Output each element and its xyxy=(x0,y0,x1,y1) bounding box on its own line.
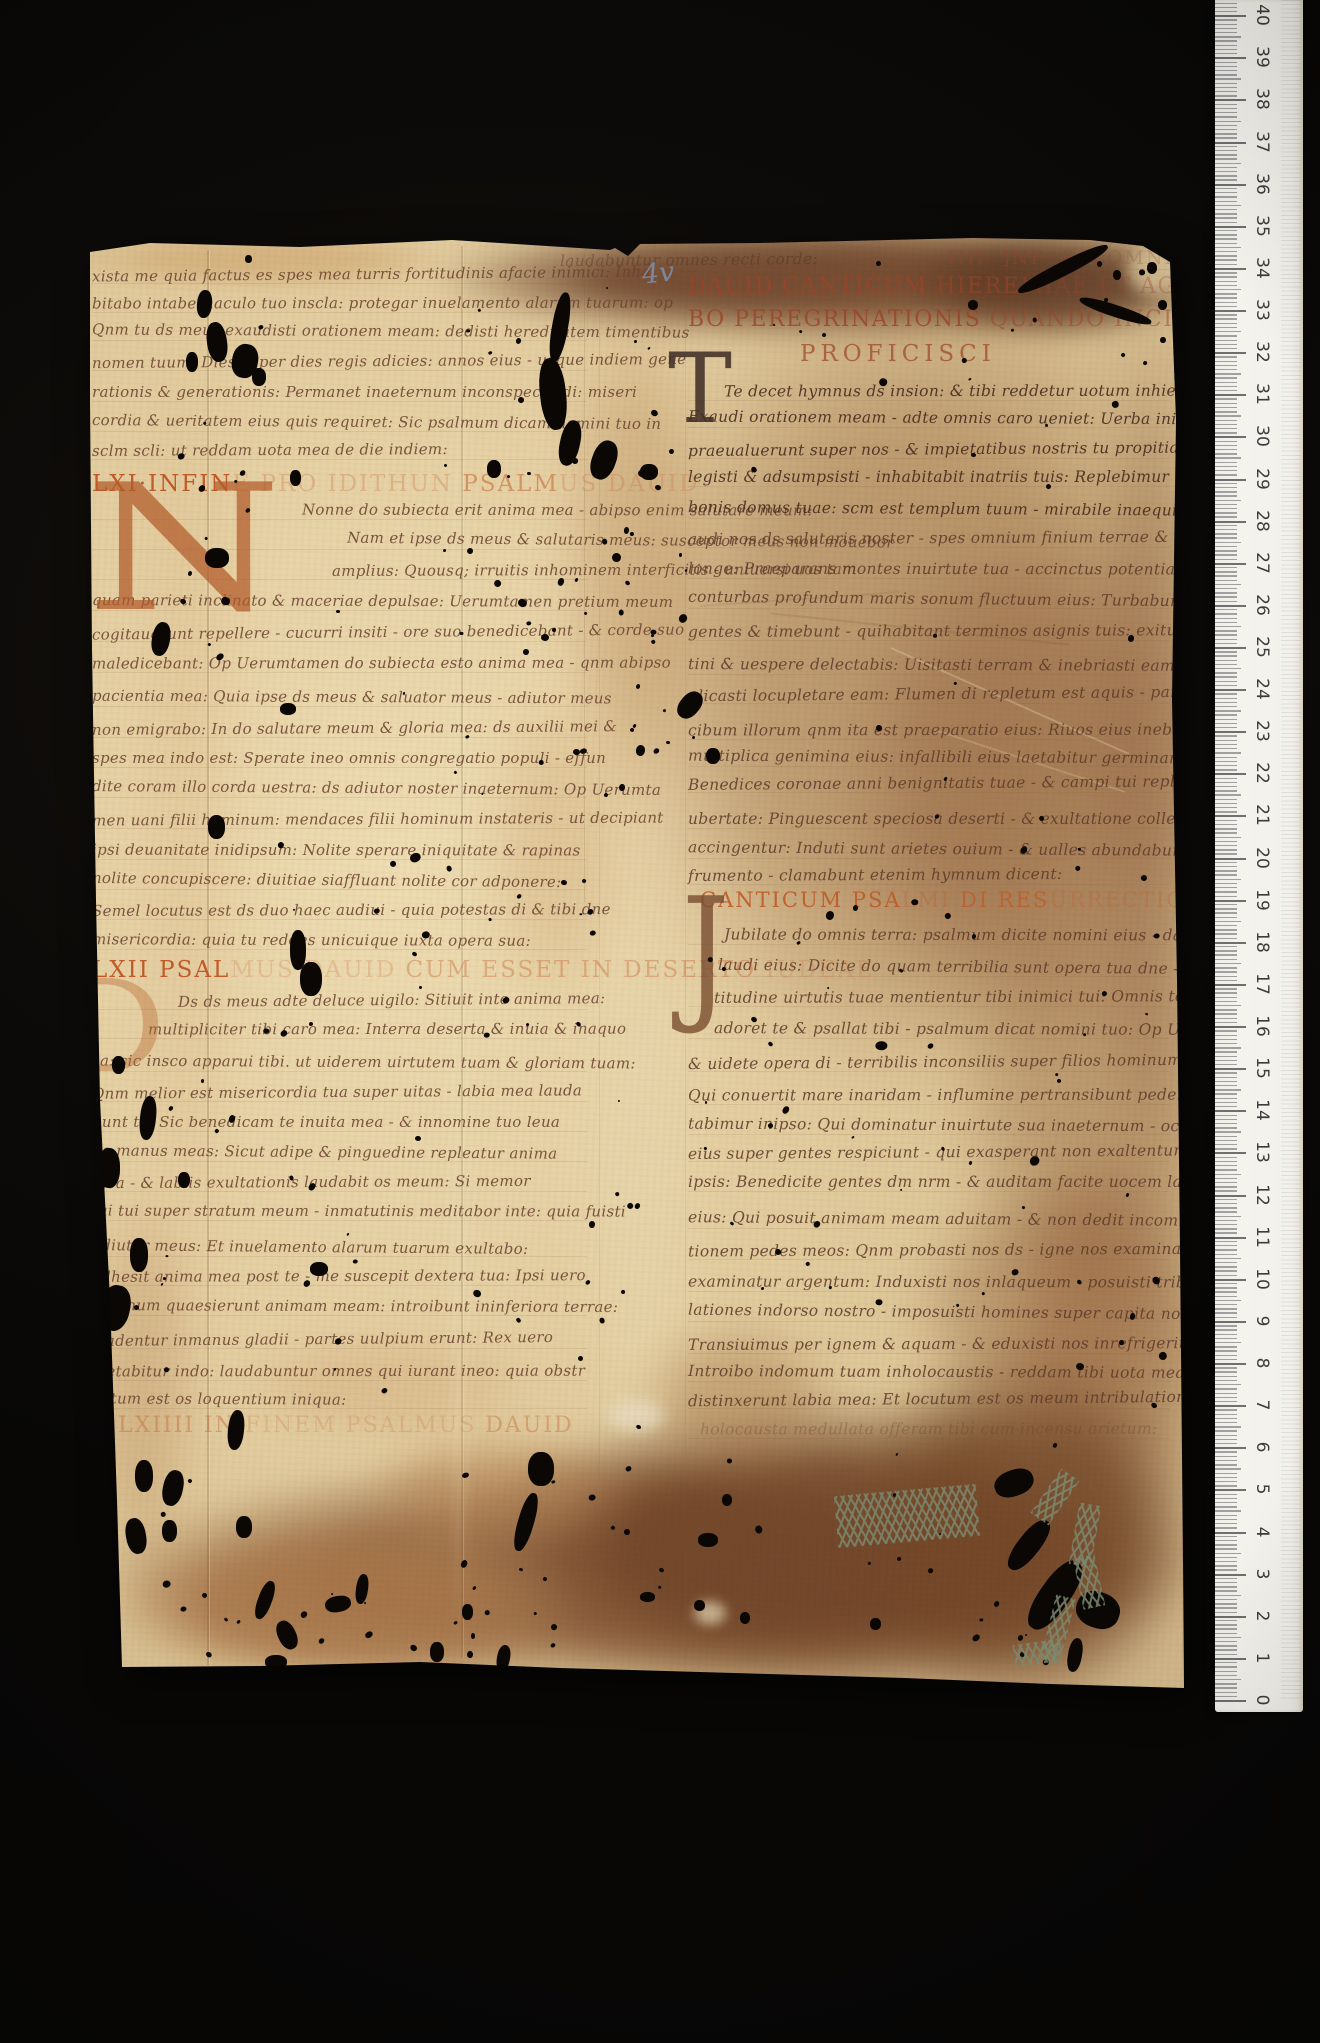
mm-tick xyxy=(1215,403,1237,404)
mm-tick xyxy=(1215,1178,1237,1179)
mm-tick xyxy=(1215,807,1237,808)
mm-tick xyxy=(1215,209,1237,210)
ruler-number: 16 xyxy=(1251,1013,1273,1039)
mm-tick xyxy=(1215,1342,1241,1343)
mm-tick xyxy=(1215,1035,1237,1036)
mm-tick xyxy=(1215,1001,1237,1002)
mm-tick xyxy=(1215,954,1237,955)
mm-tick xyxy=(1215,980,1237,981)
ruler-number: 5 xyxy=(1251,1476,1273,1502)
mm-tick xyxy=(1215,710,1241,711)
mm-tick xyxy=(1215,1359,1237,1360)
mm-tick xyxy=(1215,83,1237,84)
cm-tick xyxy=(1215,647,1246,649)
mm-tick xyxy=(1215,1603,1237,1604)
mm-tick xyxy=(1215,706,1237,707)
mm-tick xyxy=(1215,192,1237,193)
ruler-number: 34 xyxy=(1251,255,1273,281)
mm-tick xyxy=(1215,845,1237,846)
mm-tick xyxy=(1215,420,1237,421)
mm-tick xyxy=(1215,1291,1237,1292)
mm-tick xyxy=(1215,1262,1237,1263)
cm-tick xyxy=(1215,689,1246,691)
mm-tick xyxy=(1215,1030,1237,1031)
mm-tick xyxy=(1215,1254,1237,1255)
cm-tick xyxy=(1215,310,1246,312)
mm-tick xyxy=(1215,883,1237,884)
mm-tick xyxy=(1215,1005,1241,1006)
mm-tick xyxy=(1215,1376,1237,1377)
mm-tick xyxy=(1215,1325,1237,1326)
cm-tick xyxy=(1215,479,1246,481)
mm-tick xyxy=(1215,1296,1237,1297)
mm-tick xyxy=(1215,1127,1237,1128)
mm-tick xyxy=(1215,470,1237,471)
mm-tick xyxy=(1215,1645,1237,1646)
mm-tick xyxy=(1215,382,1237,383)
mm-tick xyxy=(1215,567,1237,568)
mm-tick xyxy=(1215,1671,1237,1672)
mm-tick xyxy=(1215,264,1237,265)
mm-tick xyxy=(1215,1157,1237,1158)
mm-tick xyxy=(1215,1473,1237,1474)
mm-tick xyxy=(1215,348,1237,349)
mm-tick xyxy=(1215,453,1237,454)
mm-tick xyxy=(1215,1123,1237,1124)
mm-tick xyxy=(1215,866,1237,867)
cm-tick xyxy=(1215,563,1246,565)
ruler-number: 4 xyxy=(1251,1519,1273,1545)
ruler-number: 21 xyxy=(1251,802,1273,828)
mm-tick xyxy=(1215,234,1237,235)
mm-tick xyxy=(1215,1013,1237,1014)
mm-tick xyxy=(1215,24,1237,25)
cm-tick xyxy=(1215,268,1246,270)
mm-tick xyxy=(1215,158,1237,159)
cm-tick xyxy=(1215,1279,1246,1281)
mm-tick xyxy=(1215,1544,1237,1545)
mm-tick xyxy=(1215,1144,1237,1145)
ruler-number: 31 xyxy=(1251,381,1273,407)
mm-tick xyxy=(1215,407,1237,408)
mm-tick xyxy=(1215,1485,1237,1486)
mm-tick xyxy=(1215,622,1237,623)
mm-tick xyxy=(1215,1388,1237,1389)
mm-tick xyxy=(1215,377,1237,378)
mm-tick xyxy=(1215,554,1237,555)
mm-tick xyxy=(1215,441,1237,442)
mm-tick xyxy=(1215,53,1237,54)
mm-tick xyxy=(1215,62,1237,63)
mm-tick xyxy=(1215,685,1237,686)
mm-tick xyxy=(1215,289,1241,290)
mm-tick xyxy=(1215,1367,1237,1368)
mm-tick xyxy=(1215,36,1241,37)
mm-tick xyxy=(1215,491,1237,492)
mm-tick xyxy=(1215,365,1237,366)
ruler-number: 27 xyxy=(1251,550,1273,576)
mm-tick xyxy=(1215,1287,1237,1288)
mm-tick xyxy=(1215,917,1237,918)
mm-tick xyxy=(1215,681,1237,682)
mm-tick xyxy=(1215,1169,1237,1170)
mm-tick xyxy=(1215,824,1237,825)
mm-tick xyxy=(1215,1477,1237,1478)
cm-tick xyxy=(1215,1405,1246,1407)
mm-tick xyxy=(1215,91,1237,92)
mm-tick xyxy=(1215,1380,1237,1381)
mm-tick xyxy=(1215,1245,1237,1246)
cm-tick xyxy=(1215,984,1246,986)
mm-tick xyxy=(1215,483,1237,484)
mm-tick xyxy=(1215,1334,1237,1335)
cm-tick xyxy=(1215,1447,1246,1449)
mm-tick xyxy=(1215,634,1237,635)
mm-tick xyxy=(1215,1186,1237,1187)
mm-tick xyxy=(1215,1599,1237,1600)
mm-tick xyxy=(1215,1270,1237,1271)
mm-tick xyxy=(1215,761,1237,762)
mm-tick xyxy=(1215,672,1237,673)
mm-tick xyxy=(1215,853,1237,854)
mm-tick xyxy=(1215,1607,1237,1608)
mm-tick xyxy=(1215,415,1241,416)
mm-tick xyxy=(1215,1060,1237,1061)
mm-tick xyxy=(1215,466,1237,467)
mm-tick xyxy=(1215,1523,1237,1524)
mm-tick xyxy=(1215,1136,1237,1137)
mm-tick xyxy=(1215,116,1237,117)
mm-tick xyxy=(1215,1161,1237,1162)
mm-tick xyxy=(1215,1203,1237,1204)
mm-tick xyxy=(1215,1308,1237,1309)
mm-tick xyxy=(1215,529,1237,530)
mm-tick xyxy=(1215,1561,1237,1562)
mm-tick xyxy=(1215,512,1237,513)
mm-tick xyxy=(1215,1460,1237,1461)
cm-tick xyxy=(1215,1152,1246,1154)
mm-tick xyxy=(1215,3,1237,4)
mm-tick xyxy=(1215,596,1237,597)
cm-tick xyxy=(1215,57,1246,59)
cm-tick xyxy=(1215,1195,1246,1197)
mm-tick xyxy=(1215,655,1237,656)
cm-tick xyxy=(1215,1574,1246,1576)
mm-tick xyxy=(1215,790,1237,791)
mm-tick xyxy=(1215,1409,1237,1410)
mm-tick xyxy=(1215,306,1237,307)
ruler-number: 3 xyxy=(1251,1561,1273,1587)
mm-tick xyxy=(1215,1072,1237,1073)
mm-tick xyxy=(1215,1064,1237,1065)
cm-tick xyxy=(1215,1026,1246,1028)
mm-tick xyxy=(1215,1043,1237,1044)
mm-tick xyxy=(1215,163,1241,164)
cm-tick xyxy=(1215,521,1246,523)
ruler-number: 30 xyxy=(1251,423,1273,449)
mm-tick xyxy=(1215,87,1237,88)
mm-tick xyxy=(1215,1443,1237,1444)
mm-tick xyxy=(1215,963,1241,964)
mm-tick xyxy=(1215,1502,1237,1503)
mm-tick xyxy=(1215,698,1237,699)
mm-tick xyxy=(1215,179,1237,180)
mm-tick xyxy=(1215,1081,1237,1082)
mm-tick xyxy=(1215,1515,1237,1516)
mm-tick xyxy=(1215,432,1237,433)
mm-tick xyxy=(1215,1654,1237,1655)
cm-tick xyxy=(1215,99,1246,101)
mm-tick xyxy=(1215,618,1237,619)
mm-tick xyxy=(1215,398,1237,399)
mm-tick xyxy=(1215,1692,1237,1693)
mm-tick xyxy=(1215,1216,1241,1217)
mm-tick xyxy=(1215,1393,1237,1394)
cm-tick xyxy=(1215,394,1246,396)
mm-tick xyxy=(1215,702,1237,703)
mm-tick xyxy=(1215,373,1241,374)
cm-tick xyxy=(1215,1321,1246,1323)
mm-tick xyxy=(1215,1418,1237,1419)
folio-number-pencil: 4v xyxy=(640,256,676,290)
page-wrapper: xista me quia factus es spes mea turris … xyxy=(0,0,1320,2043)
repair-stitch-band xyxy=(834,1484,980,1548)
mm-tick xyxy=(1215,912,1237,913)
ruler-number: 14 xyxy=(1251,1097,1273,1123)
mm-tick xyxy=(1215,1649,1237,1650)
mm-tick xyxy=(1215,891,1237,892)
mm-tick xyxy=(1215,1662,1237,1663)
mm-tick xyxy=(1215,803,1237,804)
mm-tick xyxy=(1215,1355,1237,1356)
mm-tick xyxy=(1215,293,1237,294)
mm-tick xyxy=(1215,740,1237,741)
mm-tick xyxy=(1215,1401,1237,1402)
worm-hole xyxy=(109,1533,114,1538)
mm-tick xyxy=(1215,112,1237,113)
cm-tick xyxy=(1215,15,1246,17)
mm-tick xyxy=(1215,546,1237,547)
mm-tick xyxy=(1215,327,1237,328)
mm-tick xyxy=(1215,1384,1241,1385)
mm-tick xyxy=(1215,1228,1237,1229)
mm-tick xyxy=(1215,1266,1237,1267)
mm-tick xyxy=(1215,28,1237,29)
mm-tick xyxy=(1215,832,1237,833)
mm-tick xyxy=(1215,921,1241,922)
mm-tick xyxy=(1215,976,1237,977)
mm-tick xyxy=(1215,272,1237,273)
mm-tick xyxy=(1215,1569,1237,1570)
mm-tick xyxy=(1215,537,1237,538)
mm-tick xyxy=(1215,361,1237,362)
ruler-number: 36 xyxy=(1251,171,1273,197)
mm-tick xyxy=(1215,1304,1237,1305)
mm-tick xyxy=(1215,276,1237,277)
mm-tick xyxy=(1215,1329,1237,1330)
mm-tick xyxy=(1215,323,1237,324)
ruler-number: 1 xyxy=(1251,1645,1273,1671)
mm-tick xyxy=(1215,335,1237,336)
ruler-number: 33 xyxy=(1251,297,1273,323)
mm-tick xyxy=(1215,19,1237,20)
mm-tick xyxy=(1215,959,1237,960)
mm-tick xyxy=(1215,1283,1237,1284)
mm-tick xyxy=(1215,331,1241,332)
mm-tick xyxy=(1215,1093,1237,1094)
mm-tick xyxy=(1215,1165,1237,1166)
mm-tick xyxy=(1215,1430,1237,1431)
mm-tick xyxy=(1215,45,1237,46)
mm-tick xyxy=(1215,474,1237,475)
cm-tick xyxy=(1215,773,1246,775)
ruler-number: 23 xyxy=(1251,718,1273,744)
mm-tick xyxy=(1215,849,1237,850)
mm-tick xyxy=(1215,49,1237,50)
mm-tick xyxy=(1215,950,1237,951)
mm-tick xyxy=(1215,1089,1241,1090)
ruler-number: 19 xyxy=(1251,887,1273,913)
mm-tick xyxy=(1215,837,1241,838)
mm-tick xyxy=(1215,1018,1237,1019)
ruler-number: 18 xyxy=(1251,929,1273,955)
measuring-ruler: 0123456789101112131415161718192021222324… xyxy=(1215,0,1303,1712)
worm-hole xyxy=(112,1630,115,1633)
mm-tick xyxy=(1215,601,1237,602)
mm-tick xyxy=(1215,344,1237,345)
mm-tick xyxy=(1215,575,1237,576)
mm-tick xyxy=(1215,1519,1237,1520)
mm-tick xyxy=(1215,445,1237,446)
mm-tick xyxy=(1215,1115,1237,1116)
mm-tick xyxy=(1215,1350,1237,1351)
mm-tick xyxy=(1215,1641,1237,1642)
mm-tick xyxy=(1215,1451,1237,1452)
mm-tick xyxy=(1215,1224,1237,1225)
mm-tick xyxy=(1215,390,1237,391)
mm-tick xyxy=(1215,1426,1241,1427)
mm-tick xyxy=(1215,559,1237,560)
ruler-number: 6 xyxy=(1251,1434,1273,1460)
mm-tick xyxy=(1215,1047,1241,1048)
mm-tick xyxy=(1215,988,1237,989)
mm-tick xyxy=(1215,428,1237,429)
mm-tick xyxy=(1215,1675,1237,1676)
mm-tick xyxy=(1215,1498,1237,1499)
mm-tick xyxy=(1215,799,1237,800)
mm-tick xyxy=(1215,516,1237,517)
mm-tick xyxy=(1215,925,1237,926)
mm-tick xyxy=(1215,1190,1237,1191)
mm-tick xyxy=(1215,1148,1237,1149)
mm-tick xyxy=(1215,1612,1237,1613)
mm-tick xyxy=(1215,1009,1237,1010)
mm-tick xyxy=(1215,1119,1237,1120)
mm-tick xyxy=(1215,668,1241,669)
mm-tick xyxy=(1215,874,1237,875)
mm-tick xyxy=(1215,765,1237,766)
mm-tick xyxy=(1215,862,1237,863)
cm-tick xyxy=(1215,1068,1246,1070)
mm-tick xyxy=(1215,1464,1237,1465)
mm-tick xyxy=(1215,495,1237,496)
mm-tick xyxy=(1215,639,1237,640)
mm-tick xyxy=(1215,125,1237,126)
mm-tick xyxy=(1215,175,1237,176)
mm-tick xyxy=(1215,1106,1237,1107)
ruler-number: 12 xyxy=(1251,1182,1273,1208)
cm-tick xyxy=(1215,226,1246,228)
mm-tick xyxy=(1215,251,1237,252)
mm-tick xyxy=(1215,630,1237,631)
ruler-number: 8 xyxy=(1251,1350,1273,1376)
mm-tick xyxy=(1215,870,1237,871)
mm-tick xyxy=(1215,121,1241,122)
mm-tick xyxy=(1215,78,1241,79)
mm-tick xyxy=(1215,938,1237,939)
mm-tick xyxy=(1215,660,1237,661)
mm-tick xyxy=(1215,1595,1241,1596)
cm-tick xyxy=(1215,900,1246,902)
mm-tick xyxy=(1215,449,1237,450)
cm-tick xyxy=(1215,1700,1246,1702)
mm-tick xyxy=(1215,297,1237,298)
column-ruling xyxy=(1182,250,1183,1660)
mm-tick xyxy=(1215,786,1237,787)
mm-tick xyxy=(1215,811,1237,812)
mm-tick xyxy=(1215,782,1237,783)
mm-tick xyxy=(1215,1696,1237,1697)
ruler-number: 15 xyxy=(1251,1055,1273,1081)
mm-tick xyxy=(1215,205,1241,206)
ruler-number: 25 xyxy=(1251,634,1273,660)
mm-tick xyxy=(1215,1131,1241,1132)
mm-tick xyxy=(1215,150,1237,151)
mm-tick xyxy=(1215,1628,1237,1629)
mm-tick xyxy=(1215,1527,1237,1528)
ruler-number: 22 xyxy=(1251,760,1273,786)
mm-tick xyxy=(1215,188,1237,189)
mm-tick xyxy=(1215,356,1237,357)
mm-tick xyxy=(1215,1174,1241,1175)
mm-tick xyxy=(1215,137,1237,138)
mm-tick xyxy=(1215,32,1237,33)
cm-tick xyxy=(1215,815,1246,817)
mm-tick xyxy=(1215,609,1237,610)
mm-tick xyxy=(1215,1683,1237,1684)
mm-tick xyxy=(1215,828,1237,829)
cm-tick xyxy=(1215,1489,1246,1491)
mm-tick xyxy=(1215,11,1237,12)
mm-tick xyxy=(1215,1207,1237,1208)
mm-tick xyxy=(1215,508,1237,509)
ruler-number: 28 xyxy=(1251,508,1273,534)
mm-tick xyxy=(1215,70,1237,71)
mm-tick xyxy=(1215,1510,1241,1511)
repair-stitch-band xyxy=(1013,1639,1062,1667)
mm-tick xyxy=(1215,104,1237,105)
ruler-number: 32 xyxy=(1251,339,1273,365)
mm-tick xyxy=(1215,967,1237,968)
mm-tick xyxy=(1215,1300,1241,1301)
mm-tick xyxy=(1215,386,1237,387)
mm-tick xyxy=(1215,66,1237,67)
ruler-number: 2 xyxy=(1251,1603,1273,1629)
cm-tick xyxy=(1215,1658,1246,1660)
mm-tick xyxy=(1215,1085,1237,1086)
mm-tick xyxy=(1215,580,1237,581)
mm-tick xyxy=(1215,281,1237,282)
